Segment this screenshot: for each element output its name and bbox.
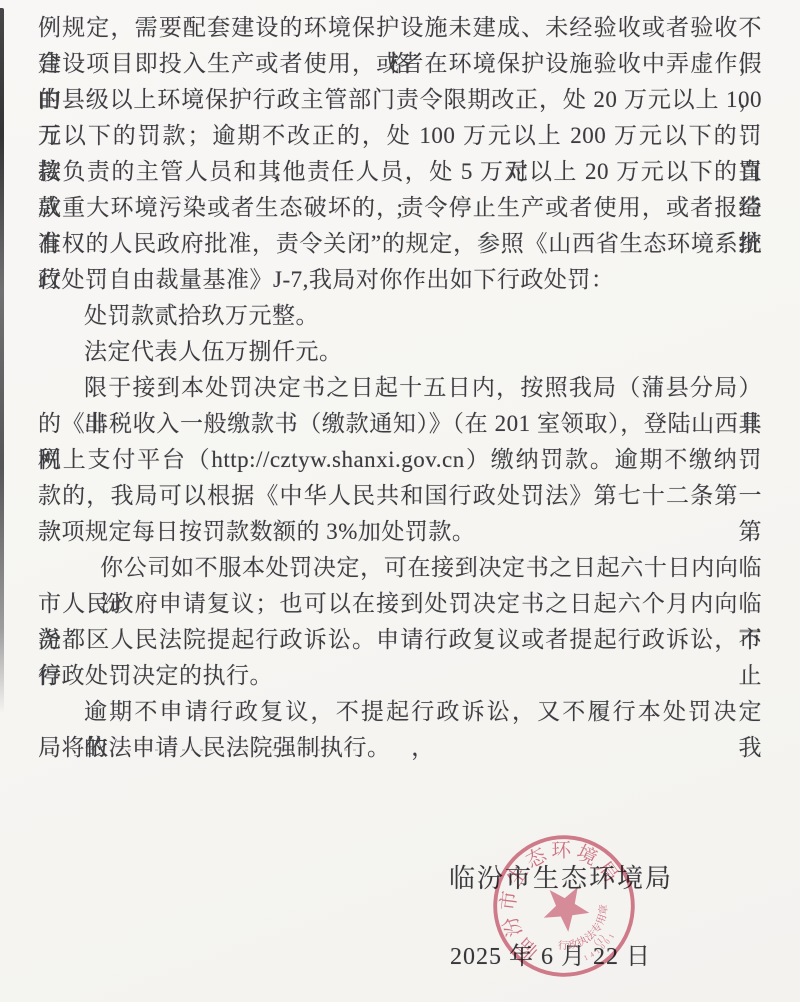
star-icon — [533, 875, 596, 938]
seal-artwork: 临汾市生态环境局 行政执法专用章 （1） 141001 — [478, 820, 650, 992]
body-text-line: 准权的人民政府批准，责令关闭”的规定，参照《山西省生态环境系统行 — [38, 226, 762, 262]
body-text-line: 政处罚自由裁量基准》J-7,我局对你作出如下行政处罚： — [38, 262, 762, 298]
scanned-document-page: 例规定，需要配套建设的环境保护设施未建成、未经验收或者验收不合格，建设项目即投入… — [0, 0, 800, 1002]
body-text-line: 尧都区人民法院提起行政诉讼。申请行政复议或者提起行政诉讼，不停止 — [38, 622, 762, 658]
body-text-line: 你公司如不服本处罚决定，可在接到决定书之日起六十日内向临汾 — [38, 550, 762, 586]
body-text-line: 处罚款贰拾玖万元整。 — [38, 298, 762, 334]
body-text-line: 限于接到本处罚决定书之日起十五日内，按照我局（蒲县分局）出具 — [38, 370, 762, 406]
scan-edge-artifact — [0, 8, 4, 714]
document-body: 例规定，需要配套建设的环境保护设施未建成、未经验收或者验收不合格，建设项目即投入… — [38, 10, 762, 766]
body-text-line: 款的，我局可以根据《中华人民共和国行政处罚法》第七十二条第一款第 — [38, 478, 762, 514]
body-text-line: 接负责的主管人员和其他责任人员，处 5 万元以上 20 万元以下的罚款;造 — [38, 154, 762, 190]
body-text-line: 的《非税收入一般缴款书（缴款通知）》（在 201 室领取），登陆山西非税 — [38, 406, 762, 442]
body-text-line: 逾期不申请行政复议，不提起行政诉讼，又不履行本处罚决定的，我 — [38, 694, 762, 730]
body-text-line: 法定代表人伍万捌仟元。 — [38, 334, 762, 370]
body-text-line: 元以下的罚款；逾期不改正的，处 100 万元以上 200 万元以下的罚款；对直 — [38, 118, 762, 154]
official-seal: 临汾市生态环境局 行政执法专用章 （1） 141001 — [478, 820, 650, 992]
body-text-line: 市人民政府申请复议；也可以在接到处罚决定书之日起六个月内向临汾市 — [38, 586, 762, 622]
body-text-line: 例规定，需要配套建设的环境保护设施未建成、未经验收或者验收不合格， — [38, 10, 762, 46]
body-text-line: 网上支付平台（http://cztyw.shanxi.gov.cn）缴纳罚款。逾… — [38, 442, 762, 478]
body-text-line: 成重大环境污染或者生态破坏的，责令停止生产或者使用，或者报经有批 — [38, 190, 762, 226]
body-text-line: 建设项目即投入生产或者使用，或者在环境保护设施验收中弄虚作假的， — [38, 46, 762, 82]
body-text-line: 由县级以上环境保护行政主管部门责令限期改正，处 20 万元以上 100 万 — [38, 82, 762, 118]
